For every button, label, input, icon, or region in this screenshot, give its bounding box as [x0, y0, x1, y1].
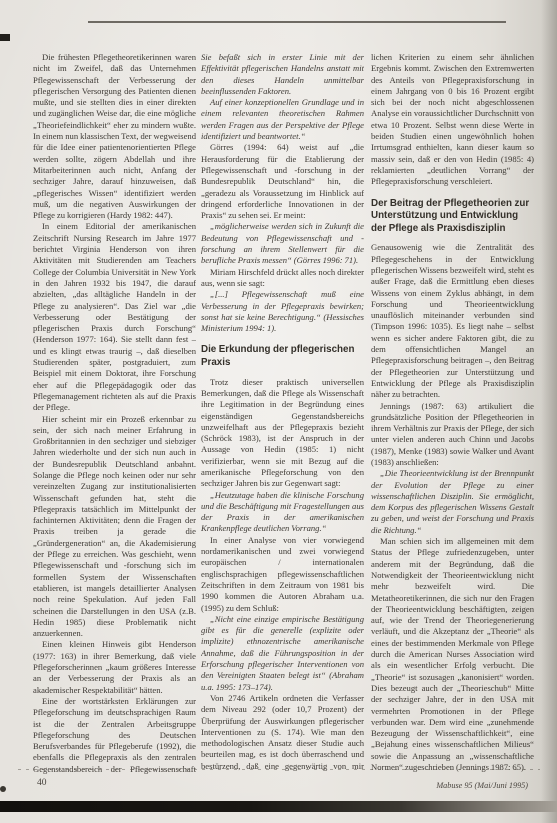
paragraph: „möglicherweise werden sich in Zukunft d…	[201, 221, 364, 266]
paragraph: Eine der wortstärksten Erklärungen zur P…	[33, 696, 196, 774]
paragraph: Miriam Hirschfeld drückt alles noch dire…	[201, 267, 364, 290]
scanned-journal-page: Die frühesten Pflegetheoretikerinnen war…	[0, 0, 557, 823]
article-column-1: Die frühesten Pflegetheoretikerinnen war…	[33, 52, 196, 774]
paragraph: Görres (1994: 64) weist auf „die Herausf…	[201, 142, 364, 221]
paragraph: Einen kleinen Hinweis gibt Henderson (19…	[33, 639, 196, 695]
paragraph: „Die Theorieentwicklung ist der Brennpun…	[371, 468, 534, 536]
section-heading: Die Erkundung der pflegerischen Praxis	[201, 344, 364, 369]
scan-artifact-top-line	[88, 21, 506, 23]
paragraph: Von 2746 Artikeln ordneten die Verfasser…	[201, 693, 364, 774]
scan-artifact-left-mark	[0, 34, 10, 41]
paragraph: Trotz dieser praktisch universellen Beme…	[201, 377, 364, 490]
paragraph: lichen Kriterien zu einem sehr ähnlichen…	[371, 52, 534, 188]
paragraph: Genausowenig wie die Zentralität des Pfl…	[371, 242, 534, 400]
paragraph: Die frühesten Pflegetheoretikerinnen war…	[33, 52, 196, 221]
paragraph: Jennings (1987: 63) artikuliert die grun…	[371, 401, 534, 469]
scan-artifact-dotted-rule	[18, 769, 540, 770]
paragraph: In einem Editorial der amerikanischen Ze…	[33, 221, 196, 413]
article-column-3: lichen Kriterien zu einem sehr ähnlichen…	[371, 52, 534, 774]
paragraph: In einer Analyse von vier vorwiegend nor…	[201, 535, 364, 614]
section-heading: Der Beitrag der Pflegetheorien zur Unter…	[371, 198, 534, 236]
paragraph: Man schien sich im allgemeinen mit dem S…	[371, 536, 534, 773]
paragraph: „[...] Pflegewissenschaft muß eine Verbe…	[201, 289, 364, 334]
paragraph: Hier scheint mir ein Prozeß erkennbar zu…	[33, 414, 196, 640]
article-column-2: Sie befaßt sich in erster Linie mit der …	[201, 52, 364, 774]
paragraph: „Nicht eine einzige empirische Bestätigu…	[201, 614, 364, 693]
page-number: 40	[37, 778, 47, 788]
paragraph: Sie befaßt sich in erster Linie mit der …	[201, 52, 364, 97]
paragraph: „Heutzutage haben die klinische Forschun…	[201, 490, 364, 535]
scan-artifact-bottom-bar	[0, 801, 557, 812]
journal-footer: Mabuse 95 (Mai/Juni 1995)	[378, 781, 528, 790]
scan-artifact-right-shade	[541, 0, 557, 823]
scan-artifact-bottom-dot	[0, 786, 6, 792]
paragraph: Auf einer konzeptionellen Grundlage und …	[201, 97, 364, 142]
